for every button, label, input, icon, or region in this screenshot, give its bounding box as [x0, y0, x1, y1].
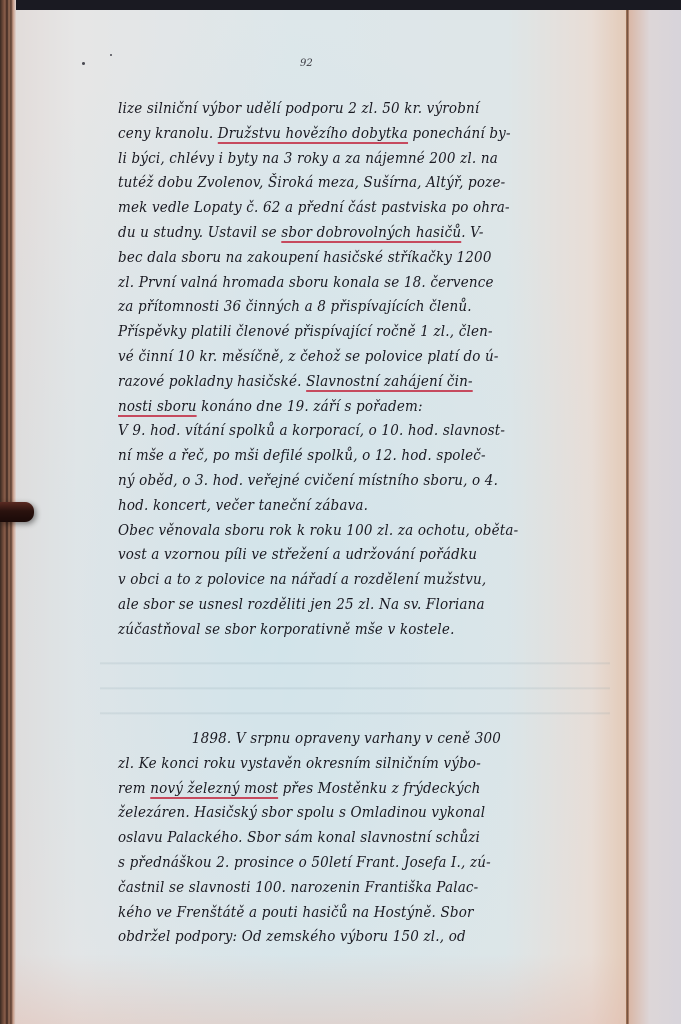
text-line: lize silniční výbor udělí podporu 2 zl. …	[118, 96, 568, 121]
text-line: tutéž dobu Zvolenov, Široká meza, Sušírn…	[118, 170, 568, 195]
text-line: zl. Ke konci roku vystavěn okresním siln…	[118, 751, 568, 776]
next-page-edge	[629, 10, 681, 1024]
text-line: oslavu Palackého. Sbor sám konal slavnos…	[118, 825, 568, 850]
text-line: li býci, chlévy i byty na 3 roky a za ná…	[118, 146, 568, 171]
text-line: ný oběd, o 3. hod. veřejné cvičení místn…	[118, 468, 568, 493]
text-line: zl. První valná hromada sboru konala se …	[118, 270, 568, 295]
underlined-phrase: nový železný most	[150, 779, 278, 797]
paper-speck	[82, 62, 85, 65]
text-line: du u studny. Ustavil se sbor dobrovolnýc…	[118, 220, 568, 245]
text-line: ní mše a řeč, po mši defilé spolků, o 12…	[118, 443, 568, 468]
text-line: s přednáškou 2. prosince o 50letí Frant.…	[118, 850, 568, 875]
underlined-phrase: nosti sboru	[118, 397, 197, 415]
text-line: železáren. Hasičský sbor spolu s Omladin…	[118, 800, 568, 825]
text-line: v obci a to z polovice na nářadí a rozdě…	[118, 567, 568, 592]
underlined-phrase: sbor dobrovolných hasičů	[281, 223, 461, 241]
year-heading: 1898.	[192, 729, 232, 747]
text-line: za přítomnosti 36 činných a 8 přispívají…	[118, 294, 568, 319]
text-line: mek vedle Lopaty č. 62 a přední část pas…	[118, 195, 568, 220]
text-line: V 9. hod. vítání spolků a korporací, o 1…	[118, 418, 568, 443]
text-line: Příspěvky platili členové přispívající r…	[118, 319, 568, 344]
page-number: 92	[300, 58, 313, 69]
text-line: Obec věnovala sboru rok k roku 100 zl. z…	[118, 518, 568, 543]
text-line: nosti sboru konáno dne 19. září s pořade…	[118, 394, 568, 419]
text-line: bec dala sboru na zakoupení hasičské stř…	[118, 245, 568, 270]
text-line: obdržel podpory: Od zemského výboru 150 …	[118, 924, 568, 949]
text-line: kého ve Frenštátě a pouti hasičů na Host…	[118, 900, 568, 925]
ruled-lines-bleedthrough	[100, 640, 610, 720]
paper-speck	[110, 54, 112, 56]
entry-paragraph-1898: 1898. V srpnu opraveny varhany v ceně 30…	[118, 726, 618, 949]
text-line: častnil se slavnosti 100. narozenin Fran…	[118, 875, 568, 900]
underlined-phrase: Slavnostní zahájení čin-	[306, 372, 473, 390]
text-line: razové pokladny hasičské. Slavnostní zah…	[118, 369, 568, 394]
text-line: hod. koncert, večer taneční zábava.	[118, 493, 568, 518]
bookmark-ribbon[interactable]	[0, 502, 34, 522]
text-line: ceny kranolu. Družstvu hovězího dobytka …	[118, 121, 568, 146]
top-shadow	[0, 0, 681, 10]
text-line: rem nový železný most přes Mostěnku z fr…	[118, 776, 568, 801]
text-line: vé činní 10 kr. měsíčně, z čehož se polo…	[118, 344, 568, 369]
text-line: ale sbor se usnesl rozděliti jen 25 zl. …	[118, 592, 568, 617]
text-line: vost a vzornou píli ve střežení a udržov…	[118, 542, 568, 567]
entry-paragraph-1: lize silniční výbor udělí podporu 2 zl. …	[118, 96, 618, 642]
text-line: zúčastňoval se sbor korporativně mše v k…	[118, 617, 568, 642]
underlined-phrase: Družstvu hovězího dobytka	[218, 124, 408, 142]
text-line: 1898. V srpnu opraveny varhany v ceně 30…	[118, 726, 568, 751]
